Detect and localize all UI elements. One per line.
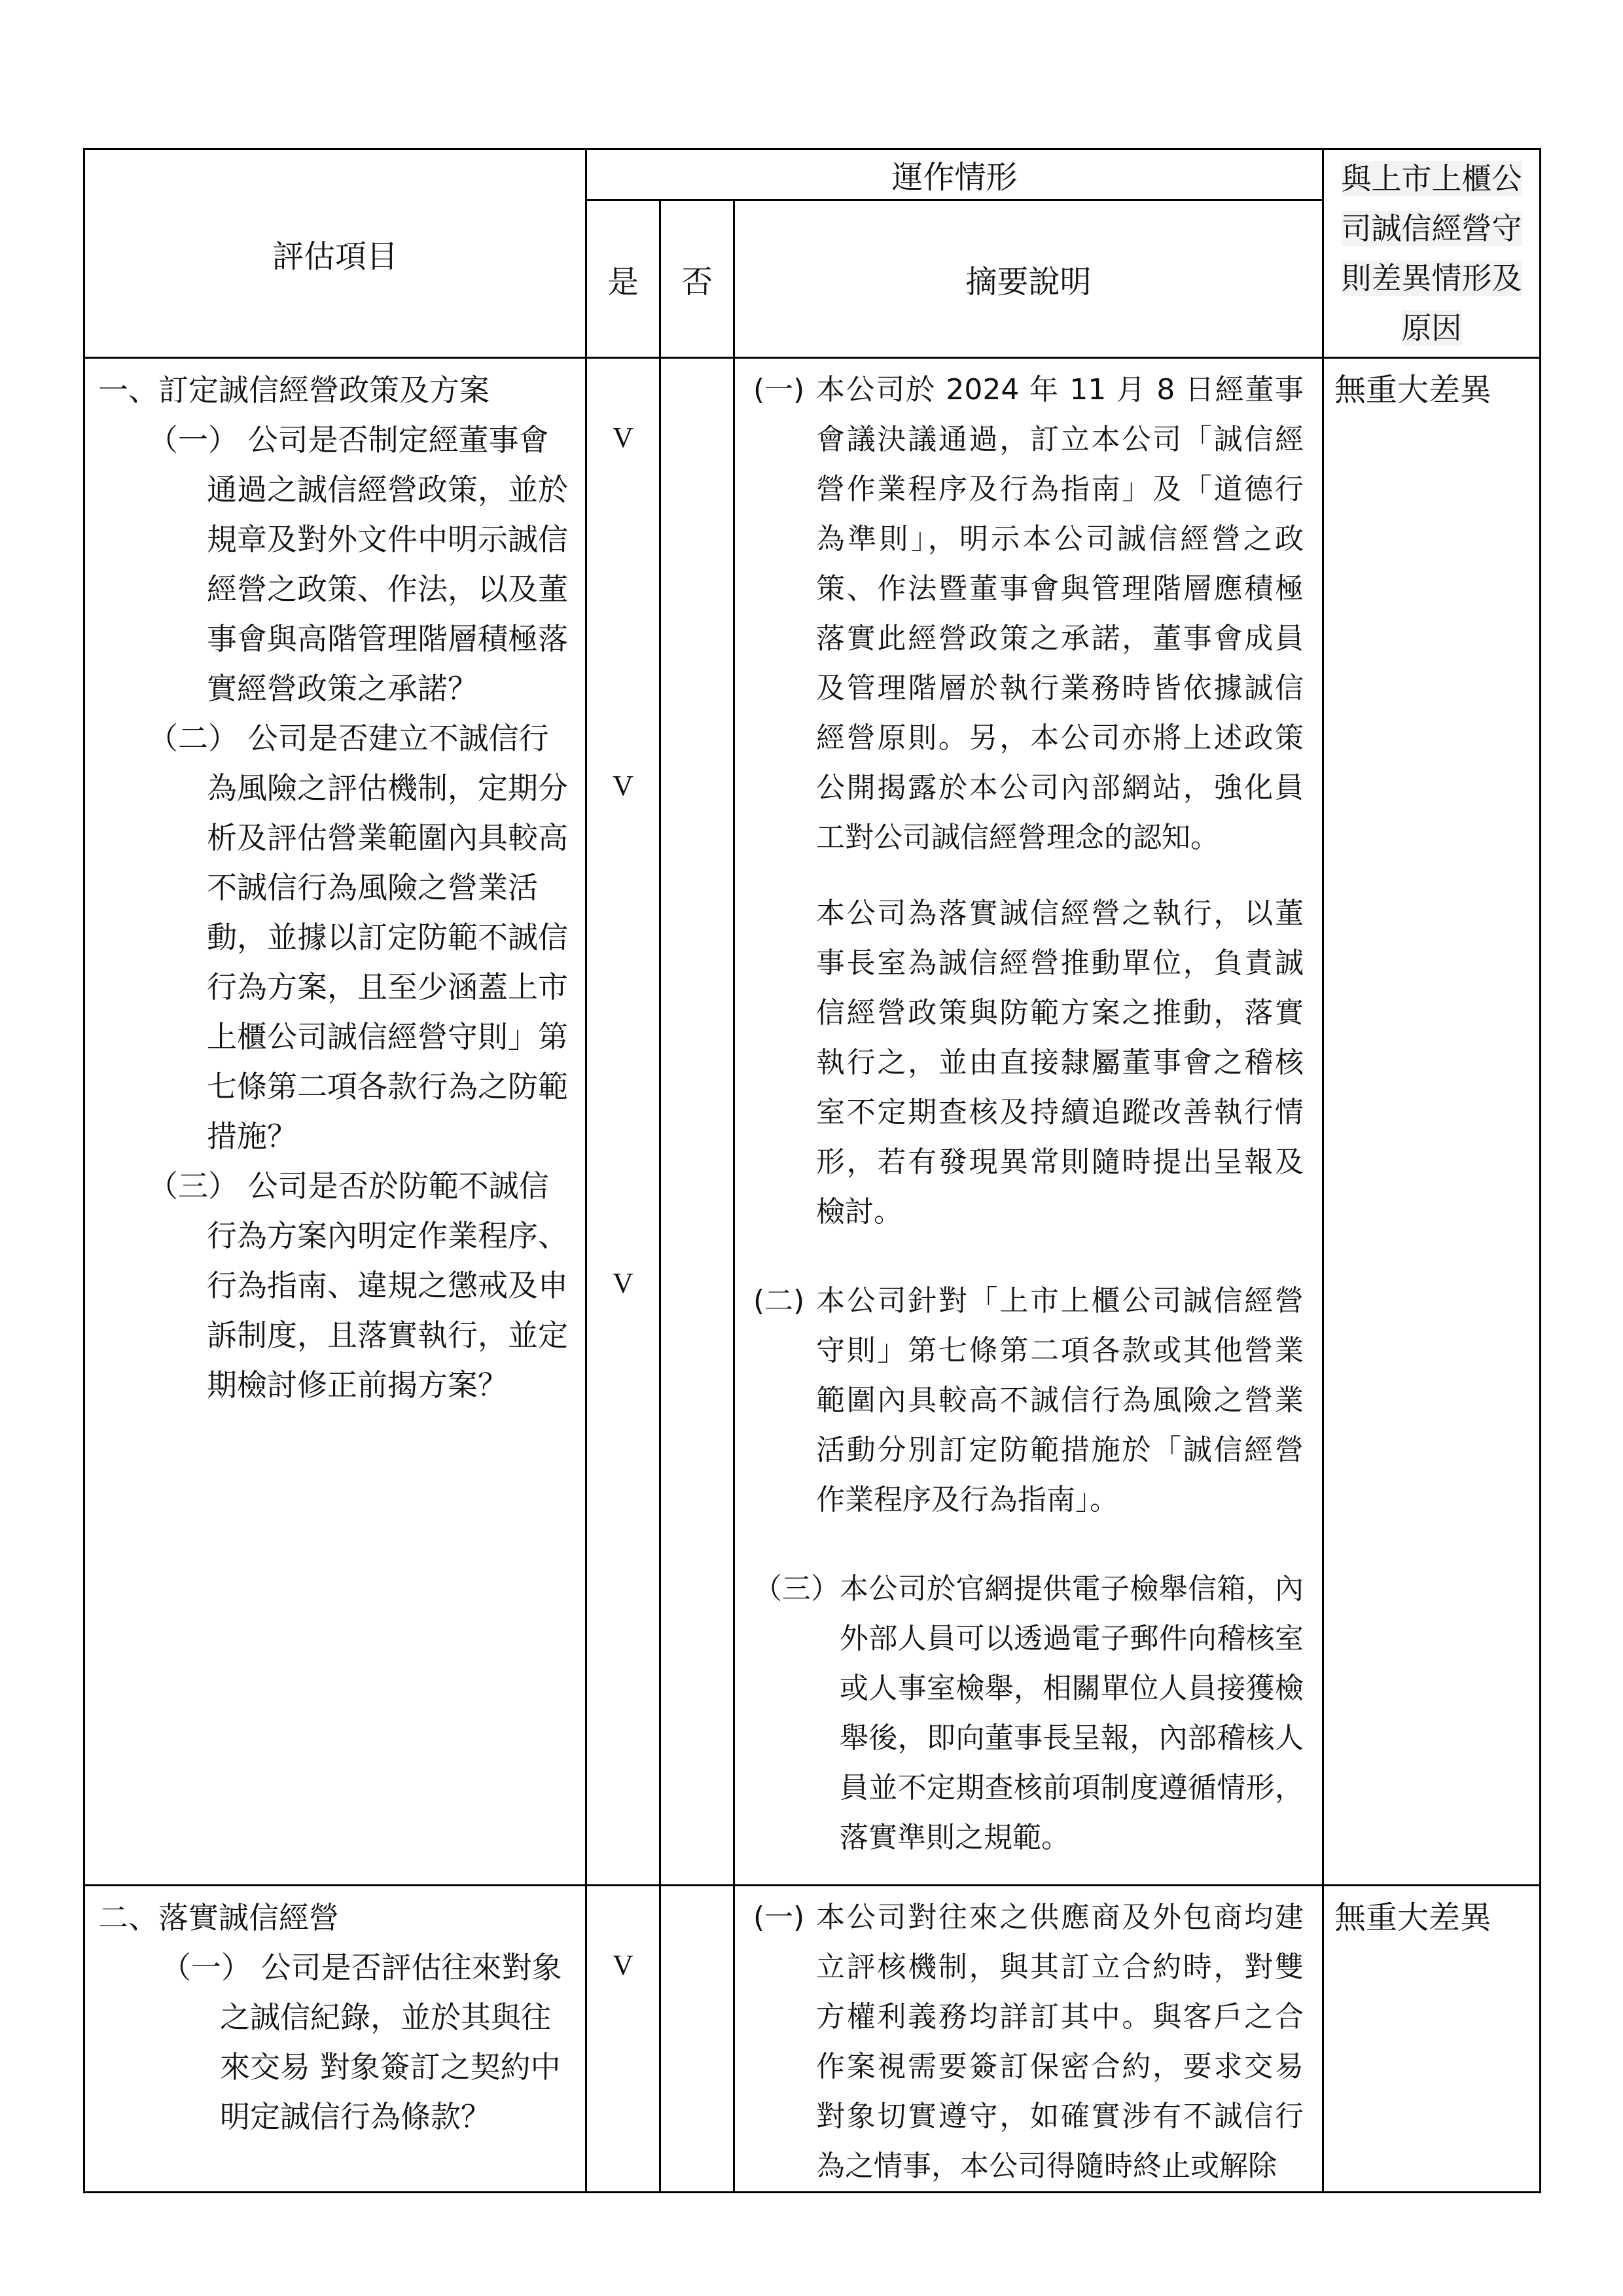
difference-cell: 無重大差異 <box>1323 358 1541 1886</box>
spacer <box>753 1237 1304 1276</box>
yes-check-mark: V <box>587 413 659 463</box>
document-page: 評估項目 運作情形 與上市上櫃公 司誠信經營守 則差異情形及 原因 是 否 摘要… <box>0 0 1623 2296</box>
yes-check-mark: V <box>587 1259 659 1308</box>
header-diff-line: 司誠信經營守 <box>1342 211 1522 246</box>
no-cell <box>660 358 734 1886</box>
summary-item: (一) 本公司對往來之供應商及外包商均建立評核機制，與其訂立合約時，對雙方權利義… <box>753 1893 1304 2191</box>
question-item: （一） 公司是否制定經董事會通過之誠信經營政策，並於規章及對外文件中明示誠信經營… <box>96 415 576 713</box>
difference-text: 無重大差異 <box>1334 372 1491 408</box>
integrity-evaluation-table: 評估項目 運作情形 與上市上櫃公 司誠信經營守 則差異情形及 原因 是 否 摘要… <box>83 148 1541 2193</box>
header-yes-label: 是 <box>607 264 639 300</box>
question-text: 公司是否於防範不誠信行為方案內明定作業程序、行為指南、違規之懲戒及申訴制度，且落… <box>207 1168 568 1403</box>
header-operation-status-label: 運作情形 <box>892 159 1018 196</box>
question-number: （一） <box>161 1950 251 1985</box>
question-text: 公司是否建立不誠信行為風險之評估機制，定期分析及評估營業範圍內具較高不誠信行為風… <box>207 721 568 1154</box>
difference-text: 無重大差異 <box>1334 1899 1491 1936</box>
question-text: 公司是否制定經董事會通過之誠信經營政策，並於規章及對外文件中明示誠信經營之政策、… <box>207 422 568 706</box>
no-cell <box>660 1886 734 2193</box>
header-summary: 摘要說明 <box>734 200 1323 358</box>
header-diff-line: 與上市上櫃公 <box>1342 161 1522 196</box>
header-evaluation-item: 評估項目 <box>84 149 586 358</box>
summary-cell: (一) 本公司對往來之供應商及外包商均建立評核機制，與其訂立合約時，對雙方權利義… <box>734 1886 1323 2193</box>
summary-paragraph: 本公司為落實誠信經營之執行，以董事長室為誠信經營推動單位，負責誠信經營政策與防範… <box>753 889 1304 1237</box>
summary-text: 本公司針對「上市上櫃公司誠信經營守則」第七條第二項各款或其他營業範圍內具較高不誠… <box>816 1276 1304 1525</box>
question-text: 公司是否評估往來對象之誠信紀錄，並於其與往來交易 對象簽訂之契約中明定誠信行為條… <box>220 1950 562 2134</box>
summary-text: 本公司於官網提供電子檢舉信箱，內外部人員可以透過電子郵件向稽核室或人事室檢舉，相… <box>840 1564 1304 1863</box>
summary-number: (二) <box>753 1276 816 1525</box>
evaluation-item-cell: 二、落實誠信經營 （一） 公司是否評估往來對象之誠信紀錄，並於其與往來交易 對象… <box>84 1886 586 2193</box>
summary-item: (二) 本公司針對「上市上櫃公司誠信經營守則」第七條第二項各款或其他營業範圍內具… <box>753 1276 1304 1525</box>
summary-text: 本公司對往來之供應商及外包商均建立評核機制，與其訂立合約時，對雙方權利義務均詳訂… <box>816 1893 1304 2191</box>
header-diff-line: 原因 <box>1402 310 1462 346</box>
summary-text: 本公司於 2024 年 11 月 8 日經董事會議決議通過，訂立本公司「誠信經營… <box>816 365 1304 863</box>
header-diff-line: 則差異情形及 <box>1342 260 1522 296</box>
question-item: （一） 公司是否評估往來對象之誠信紀錄，並於其與往來交易 對象簽訂之契約中明定誠… <box>96 1943 576 2142</box>
yes-cell: V V V <box>586 358 660 1886</box>
difference-cell: 無重大差異 <box>1323 1886 1541 2193</box>
spacer <box>753 1525 1304 1564</box>
summary-number: (一) <box>753 1893 816 2191</box>
summary-number: （三） <box>753 1564 840 1863</box>
header-yes: 是 <box>586 200 660 358</box>
header-summary-label: 摘要說明 <box>966 264 1092 300</box>
evaluation-item-cell: 一、訂定誠信經營政策及方案 （一） 公司是否制定經董事會通過之誠信經營政策，並於… <box>84 358 586 1886</box>
section-title: 一、訂定誠信經營政策及方案 <box>96 365 576 415</box>
question-number: （二） <box>148 721 238 756</box>
question-item: （二） 公司是否建立不誠信行為風險之評估機制，定期分析及評估營業範圍內具較高不誠… <box>96 713 576 1161</box>
summary-number: (一) <box>753 365 816 863</box>
yes-check-mark: V <box>587 1941 659 1990</box>
question-number: （一） <box>148 422 238 457</box>
section-title: 二、落實誠信經營 <box>96 1893 576 1943</box>
section-row: 一、訂定誠信經營政策及方案 （一） 公司是否制定經董事會通過之誠信經營政策，並於… <box>84 358 1541 1886</box>
header-operation-status: 運作情形 <box>586 149 1323 200</box>
yes-cell: V <box>586 1886 660 2193</box>
yes-check-mark: V <box>587 761 659 811</box>
question-item: （三） 公司是否於防範不誠信行為方案內明定作業程序、行為指南、違規之懲戒及申訴制… <box>96 1161 576 1410</box>
summary-cell: (一) 本公司於 2024 年 11 月 8 日經董事會議決議通過，訂立本公司「… <box>734 358 1323 1886</box>
header-no-label: 否 <box>681 264 713 300</box>
summary-item: (一) 本公司於 2024 年 11 月 8 日經董事會議決議通過，訂立本公司「… <box>753 365 1304 863</box>
summary-item: （三） 本公司於官網提供電子檢舉信箱，內外部人員可以透過電子郵件向稽核室或人事室… <box>753 1564 1304 1863</box>
section-row: 二、落實誠信經營 （一） 公司是否評估往來對象之誠信紀錄，並於其與往來交易 對象… <box>84 1886 1541 2193</box>
header-difference-reason: 與上市上櫃公 司誠信經營守 則差異情形及 原因 <box>1323 149 1541 358</box>
question-number: （三） <box>148 1168 238 1204</box>
header-no: 否 <box>660 200 734 358</box>
header-evaluation-item-label: 評估項目 <box>272 238 398 275</box>
